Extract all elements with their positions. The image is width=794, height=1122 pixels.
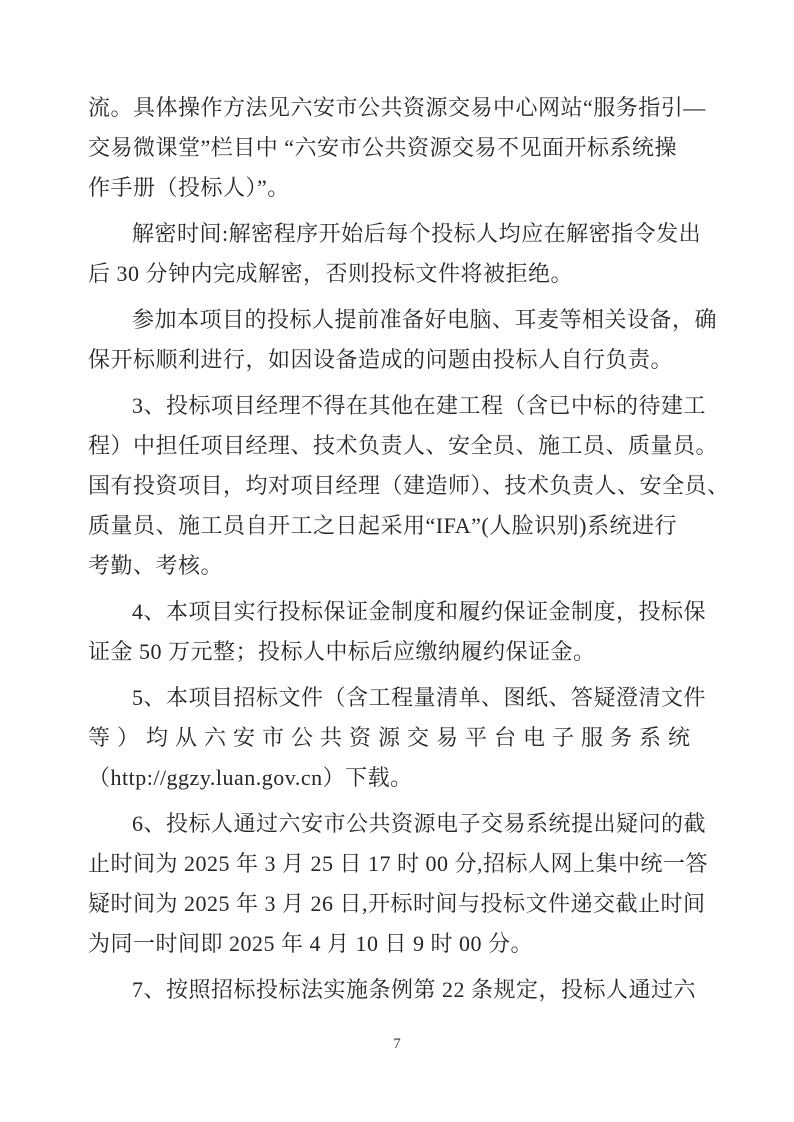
text-line: 3、投标项目经理不得在其他在建工程（含已中标的待建工: [88, 386, 702, 426]
text-line: 疑时间为 2025 年 3 月 26 日,开标时间与投标文件递交截止时间: [88, 884, 702, 924]
paragraph-item-4: 4、本项目实行投标保证金制度和履约保证金制度，投标保 证金 50 万元整；投标人…: [88, 592, 702, 672]
text-line: 参加本项目的投标人提前准备好电脑、耳麦等相关设备，确: [88, 300, 702, 340]
text-line: 解密时间:解密程序开始后每个投标人均应在解密指令发出: [88, 214, 702, 254]
paragraph-item-5: 5、本项目招标文件（含工程量清单、图纸、答疑澄清文件 等）均从六安市公共资源交易…: [88, 678, 702, 798]
text-line: 6、投标人通过六安市公共资源电子交易系统提出疑问的截: [88, 804, 702, 844]
text-line: 程）中担任项目经理、技术负责人、安全员、施工员、质量员。: [88, 426, 702, 466]
text-line: 作手册（投标人）”。: [88, 168, 702, 208]
text-line: 7、按照招标投标法实施条例第 22 条规定，投标人通过六: [88, 970, 702, 1010]
text-line: 等）均从六安市公共资源交易平台电子服务系统: [88, 718, 702, 758]
page-number: 7: [0, 1033, 794, 1055]
text-line: 保开标顺利进行，如因设备造成的问题由投标人自行负责。: [88, 340, 702, 380]
paragraph-item-3: 3、投标项目经理不得在其他在建工程（含已中标的待建工 程）中担任项目经理、技术负…: [88, 386, 702, 586]
text-line: 流。具体操作方法见六安市公共资源交易中心网站“服务指引—: [88, 88, 702, 128]
text-line: 国有投资项目，均对项目经理（建造师）、技术负责人、安全员、: [88, 466, 702, 506]
text-line: 考勤、考核。: [88, 546, 702, 586]
document-page: 流。具体操作方法见六安市公共资源交易中心网站“服务指引— 交易微课堂”栏目中 “…: [0, 0, 794, 1122]
document-body: 流。具体操作方法见六安市公共资源交易中心网站“服务指引— 交易微课堂”栏目中 “…: [88, 88, 702, 1010]
paragraph-decryption-time: 解密时间:解密程序开始后每个投标人均应在解密指令发出 后 30 分钟内完成解密，…: [88, 214, 702, 294]
text-line: 后 30 分钟内完成解密，否则投标文件将被拒绝。: [88, 254, 702, 294]
text-line: 为同一时间即 2025 年 4 月 10 日 9 时 00 分。: [88, 924, 702, 964]
paragraph-item-6: 6、投标人通过六安市公共资源电子交易系统提出疑问的截 止时间为 2025 年 3…: [88, 804, 702, 964]
text-line: 5、本项目招标文件（含工程量清单、图纸、答疑澄清文件: [88, 678, 702, 718]
paragraph-operating-method: 流。具体操作方法见六安市公共资源交易中心网站“服务指引— 交易微课堂”栏目中 “…: [88, 88, 702, 208]
text-line: 证金 50 万元整；投标人中标后应缴纳履约保证金。: [88, 632, 702, 672]
text-line: 质量员、施工员自开工之日起采用“IFA”(人脸识别)系统进行: [88, 506, 702, 546]
paragraph-equipment: 参加本项目的投标人提前准备好电脑、耳麦等相关设备，确 保开标顺利进行，如因设备造…: [88, 300, 702, 380]
text-line: （http://ggzy.luan.gov.cn）下载。: [88, 758, 702, 798]
text-line: 交易微课堂”栏目中 “六安市公共资源交易不见面开标系统操: [88, 128, 702, 168]
text-line: 止时间为 2025 年 3 月 25 日 17 时 00 分,招标人网上集中统一…: [88, 844, 702, 884]
text-line: 4、本项目实行投标保证金制度和履约保证金制度，投标保: [88, 592, 702, 632]
paragraph-item-7: 7、按照招标投标法实施条例第 22 条规定，投标人通过六: [88, 970, 702, 1010]
